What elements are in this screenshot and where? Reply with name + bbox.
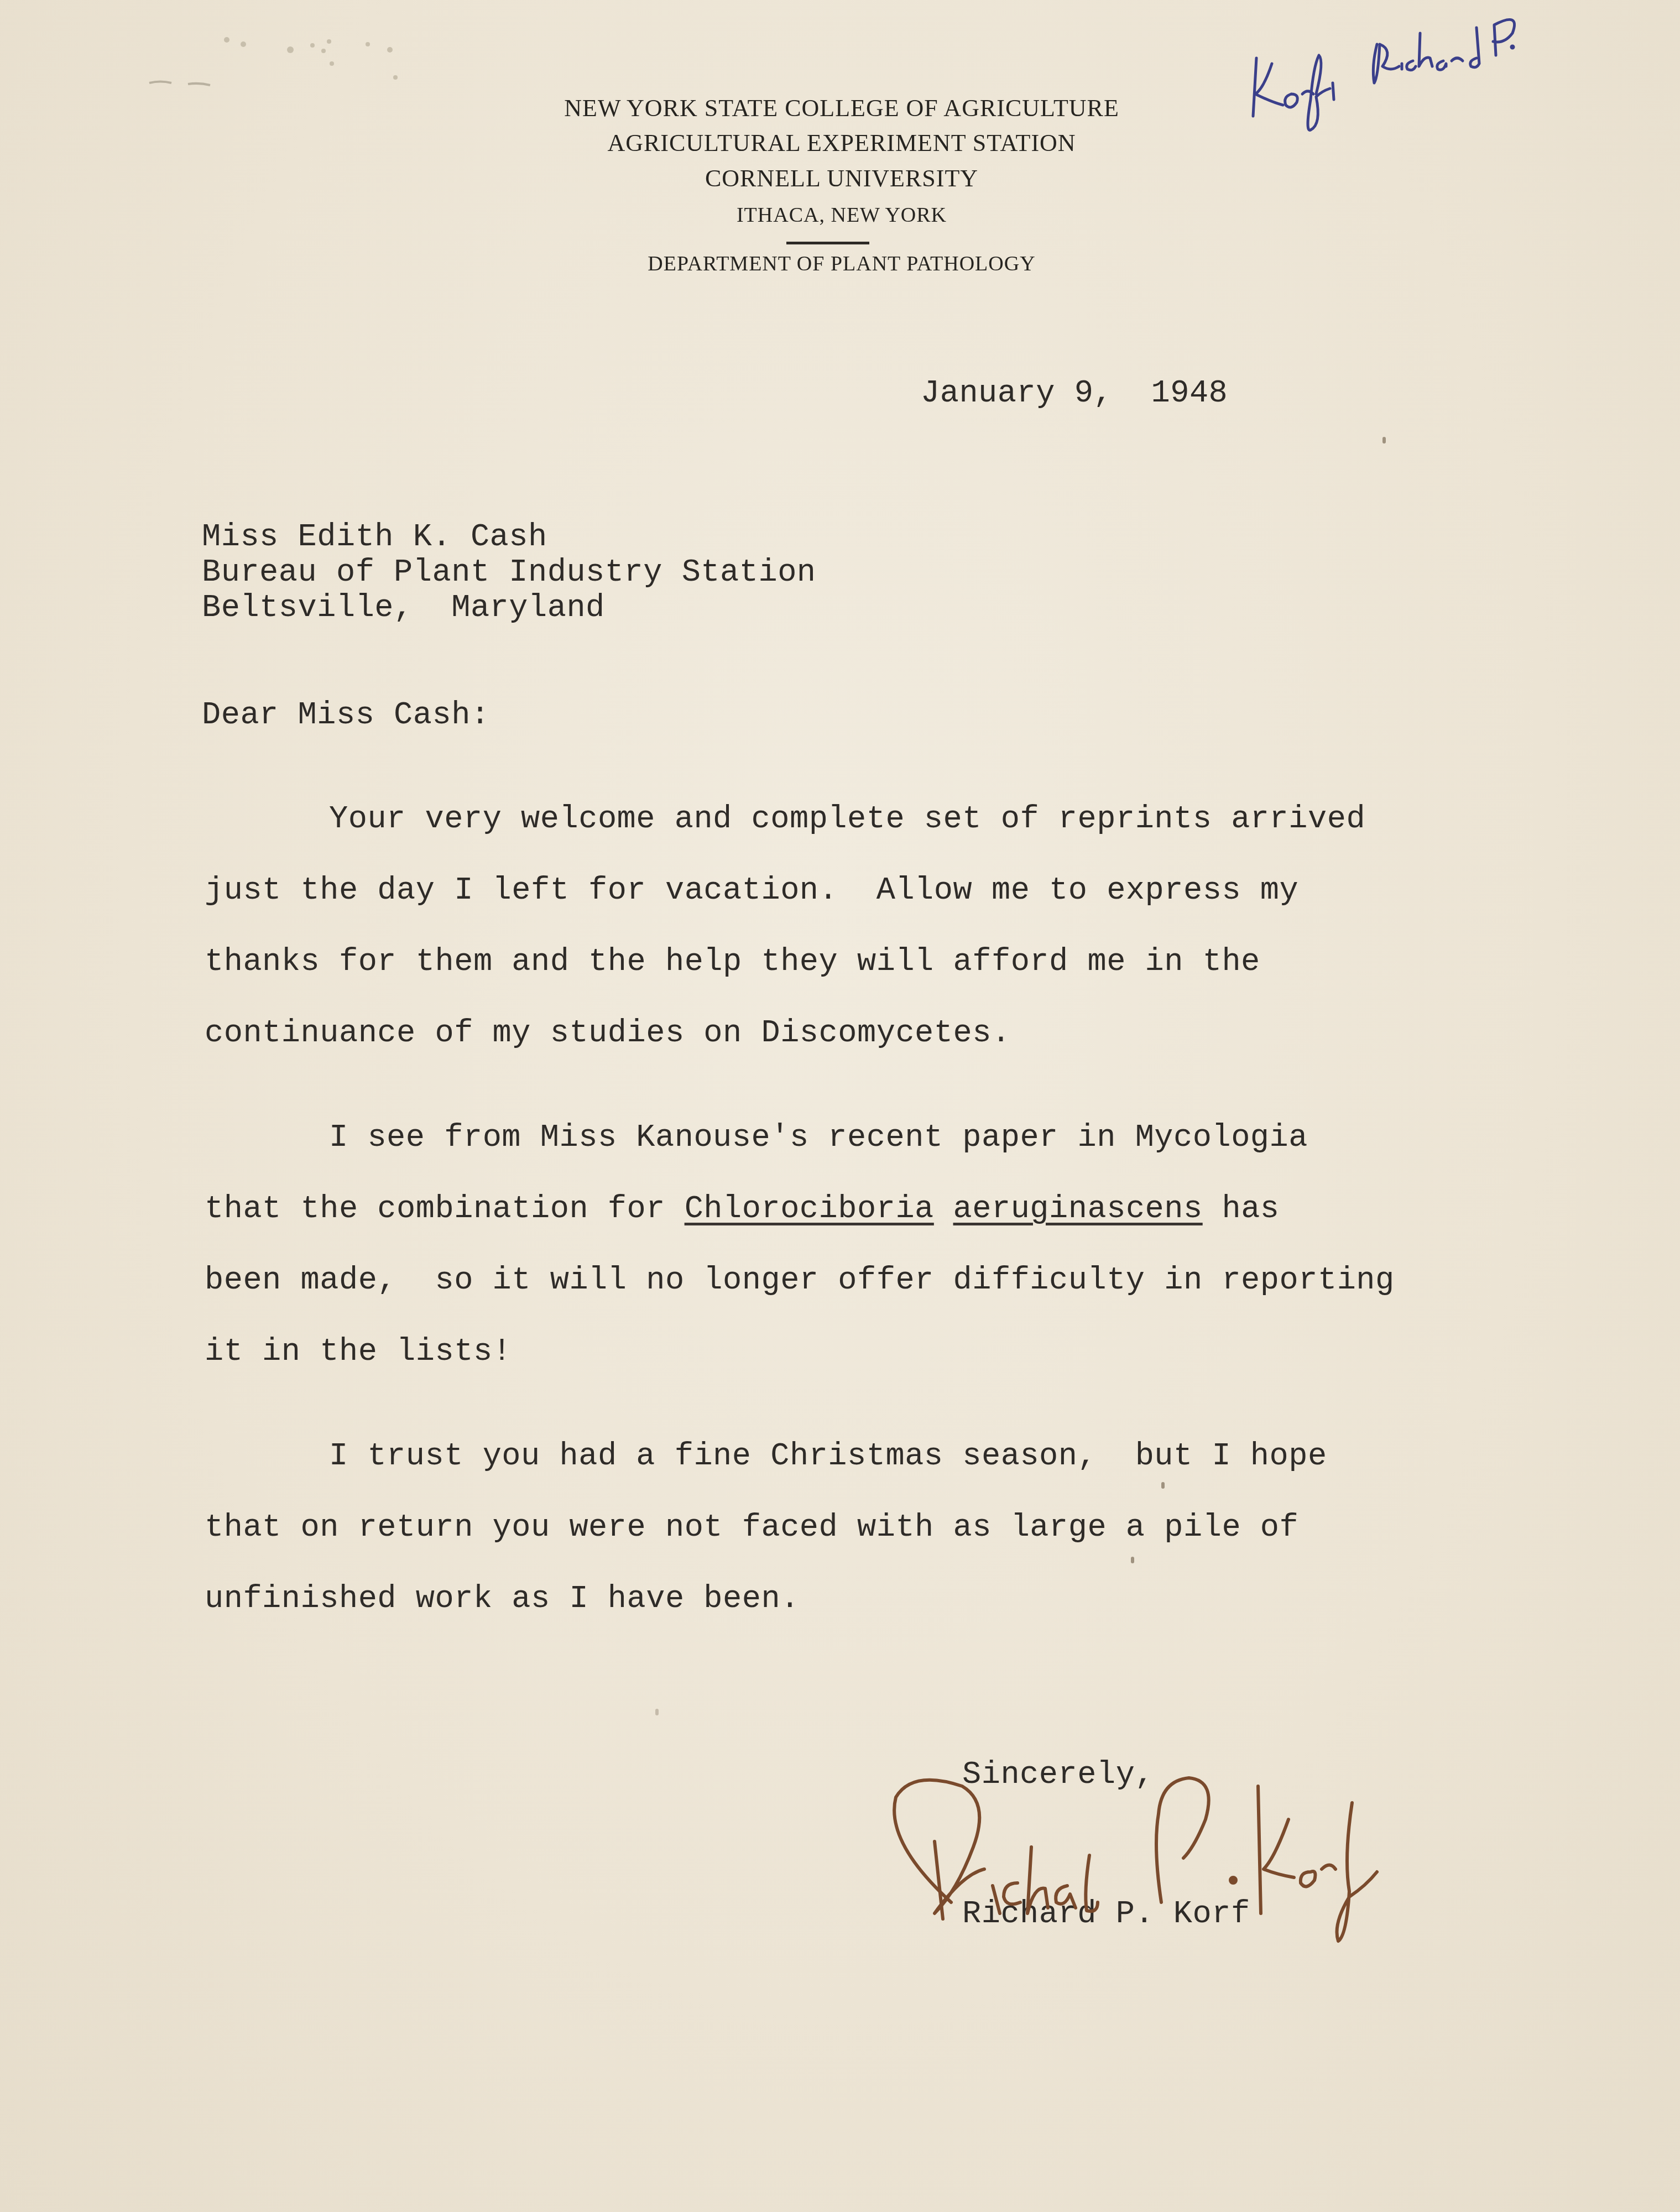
paragraph-2-line-4: it in the lists! [205, 1334, 512, 1370]
paper-speck [1131, 1557, 1134, 1563]
paper-speck [1161, 1482, 1165, 1489]
paragraph-1-line-2: just the day I left for vacation. Allow … [205, 873, 1298, 909]
paragraph-2-line-2-prefix: that the combination for [205, 1192, 685, 1227]
paragraph-2-line-2: that the combination for Chlorociboria a… [205, 1192, 1280, 1227]
paper-speck [655, 1709, 659, 1715]
letterhead-divider [786, 242, 869, 244]
emboss-marks [127, 28, 570, 105]
paragraph-3-line-1: I trust you had a fine Christmas season,… [329, 1439, 1327, 1474]
letterhead-station: AGRICULTURAL EXPERIMENT STATION [607, 129, 1076, 157]
recipient-organization: Bureau of Plant Industry Station [202, 555, 816, 591]
paragraph-3-line-3: unfinished work as I have been. [205, 1582, 800, 1617]
letterhead-college: NEW YORK STATE COLLEGE OF AGRICULTURE [564, 94, 1119, 122]
paragraph-2-line-3: been made, so it will no longer offer di… [205, 1263, 1395, 1298]
paragraph-3-line-2: that on return you were not faced with a… [205, 1510, 1298, 1546]
letter-date: January 9, 1948 [921, 376, 1228, 411]
letterhead-location: ITHACA, NEW YORK [737, 203, 947, 227]
paragraph-2-line-2-suffix: has [1203, 1192, 1280, 1227]
salutation: Dear Miss Cash: [202, 698, 490, 733]
letterhead-university: CORNELL UNIVERSITY [705, 164, 978, 192]
letterhead-department: DEPARTMENT OF PLANT PATHOLOGY [648, 252, 1035, 276]
species-epithet: aeruginascens [953, 1192, 1203, 1227]
paragraph-1-line-3: thanks for them and the help they will a… [205, 945, 1260, 980]
paragraph-2-line-1: I see from Miss Kanouse's recent paper i… [329, 1120, 1308, 1156]
letter-page: NEW YORK STATE COLLEGE OF AGRICULTURE AG… [0, 0, 1680, 2212]
recipient-name: Miss Edith K. Cash [202, 520, 547, 555]
paper-speck [1382, 437, 1386, 444]
paragraph-1-line-4: continuance of my studies on Discomycete… [205, 1016, 1011, 1051]
handwritten-signature [852, 1747, 1427, 1958]
recipient-location: Beltsville, Maryland [202, 591, 605, 626]
handwritten-annotation [1233, 11, 1676, 138]
paragraph-1-line-1: Your very welcome and complete set of re… [329, 802, 1365, 837]
species-genus: Chlorociboria [685, 1192, 934, 1227]
